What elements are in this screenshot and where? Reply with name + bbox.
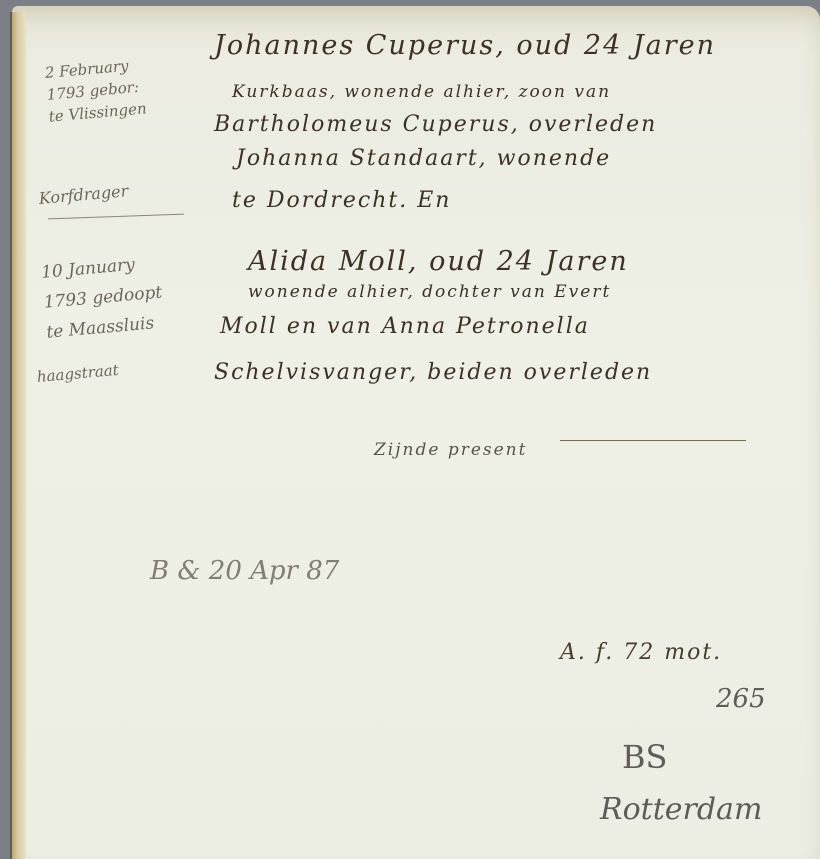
body-line-groom-details: Kurkbaas, wonende alhier, zoon van bbox=[232, 82, 611, 102]
record-number: 265 bbox=[716, 684, 766, 714]
pencil-note-date: B & 20 Apr 87 bbox=[150, 556, 339, 586]
margin-note-bride: 10 January 1793 gedoopt te Maassluis bbox=[40, 248, 166, 348]
paper-edge bbox=[10, 12, 26, 859]
stamp-initials: BS bbox=[622, 738, 667, 776]
body-line-bride-details: wonende alhier, dochter van Evert bbox=[248, 282, 611, 302]
place-name: Rotterdam bbox=[600, 792, 762, 827]
body-line-bride-name: Alida Moll, oud 24 Jaren bbox=[248, 246, 629, 277]
act-reference: A. f. 72 mot. bbox=[560, 640, 722, 665]
body-line-bride-parents: Moll en van Anna Petronella bbox=[220, 314, 590, 339]
body-line-bride-occupation: Schelvisvanger, beiden overleden bbox=[214, 360, 652, 385]
body-line-groom-mother: Johanna Standaart, wonende bbox=[236, 146, 611, 171]
signature-note: Zijnde present bbox=[374, 440, 527, 460]
body-line-groom-father: Bartholomeus Cuperus, overleden bbox=[214, 112, 657, 137]
body-line-groom-name: Johannes Cuperus, oud 24 Jaren bbox=[214, 30, 716, 61]
margin-note-groom: 2 February 1793 gebor: te Vlissingen bbox=[44, 53, 147, 127]
body-line-residence: te Dordrecht. En bbox=[232, 188, 451, 213]
signature-line bbox=[560, 440, 746, 441]
